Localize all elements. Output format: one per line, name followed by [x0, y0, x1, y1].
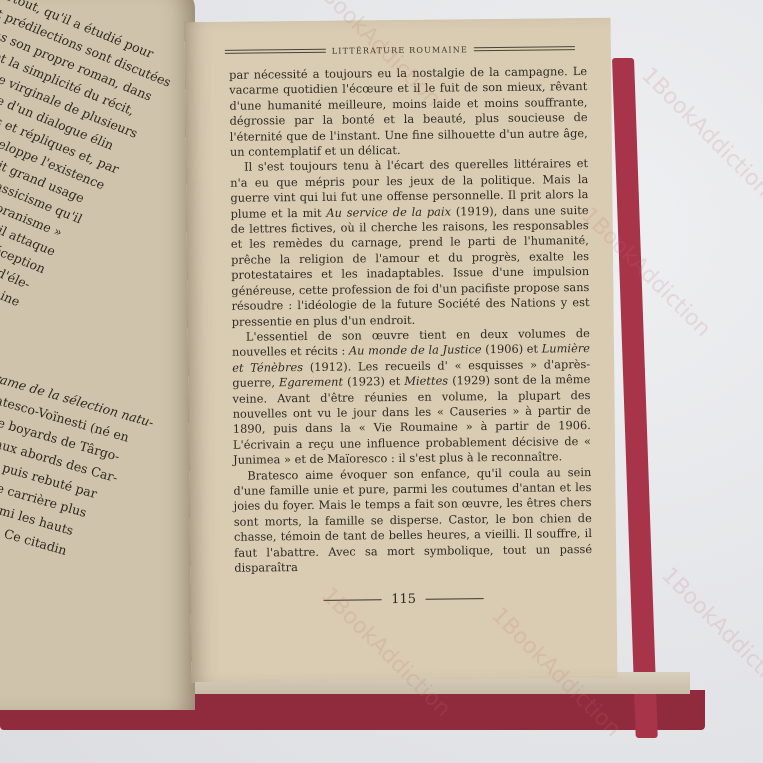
running-head: LITTÉRATURE ROUMAINE — [225, 40, 575, 60]
text-segment: (1906) et — [482, 342, 542, 357]
paragraph-1: par nécessité a toujours eu la nostalgie… — [229, 64, 588, 160]
paragraph-4: Bratesco aime évoquer son enfance, qu'il… — [233, 465, 592, 577]
book-title-au-service-de-la-paix: Au service de la paix — [326, 204, 451, 219]
paragraph-2-b: (1919), dans une suite de lettres fictiv… — [231, 203, 590, 329]
folio-dash-right — [426, 598, 484, 600]
book-title: Egarement — [279, 375, 343, 390]
paragraph-2: Il s'est toujours tenu à l'écart des que… — [230, 156, 590, 329]
left-page: phie surtout, qu'il a étudié poursions e… — [0, 0, 195, 710]
running-head-title: LITTÉRATURE ROUMAINE — [332, 45, 468, 55]
right-page-body: par nécessité a toujours eu la nostalgie… — [229, 64, 592, 576]
page-number-footer: 115 — [191, 590, 617, 609]
header-rule-right — [474, 46, 575, 51]
left-page-text-bottom: drame de la sélection natu-Bratesco-Voïn… — [0, 365, 182, 582]
book-title: Miettes — [404, 374, 448, 388]
left-page-text-top: phie surtout, qu'il a étudié poursions e… — [0, 0, 165, 373]
right-page: LITTÉRATURE ROUMAINE par nécessité a tou… — [185, 18, 618, 682]
book-title: Au monde de la Justice — [349, 342, 482, 357]
folio-dash-left — [323, 599, 381, 601]
page-number: 115 — [391, 592, 416, 607]
paragraph-3: L'essentiel de son œuvre tient en deux v… — [232, 326, 591, 468]
header-rule-left — [225, 49, 326, 54]
text-segment: (1923) et — [343, 374, 404, 389]
